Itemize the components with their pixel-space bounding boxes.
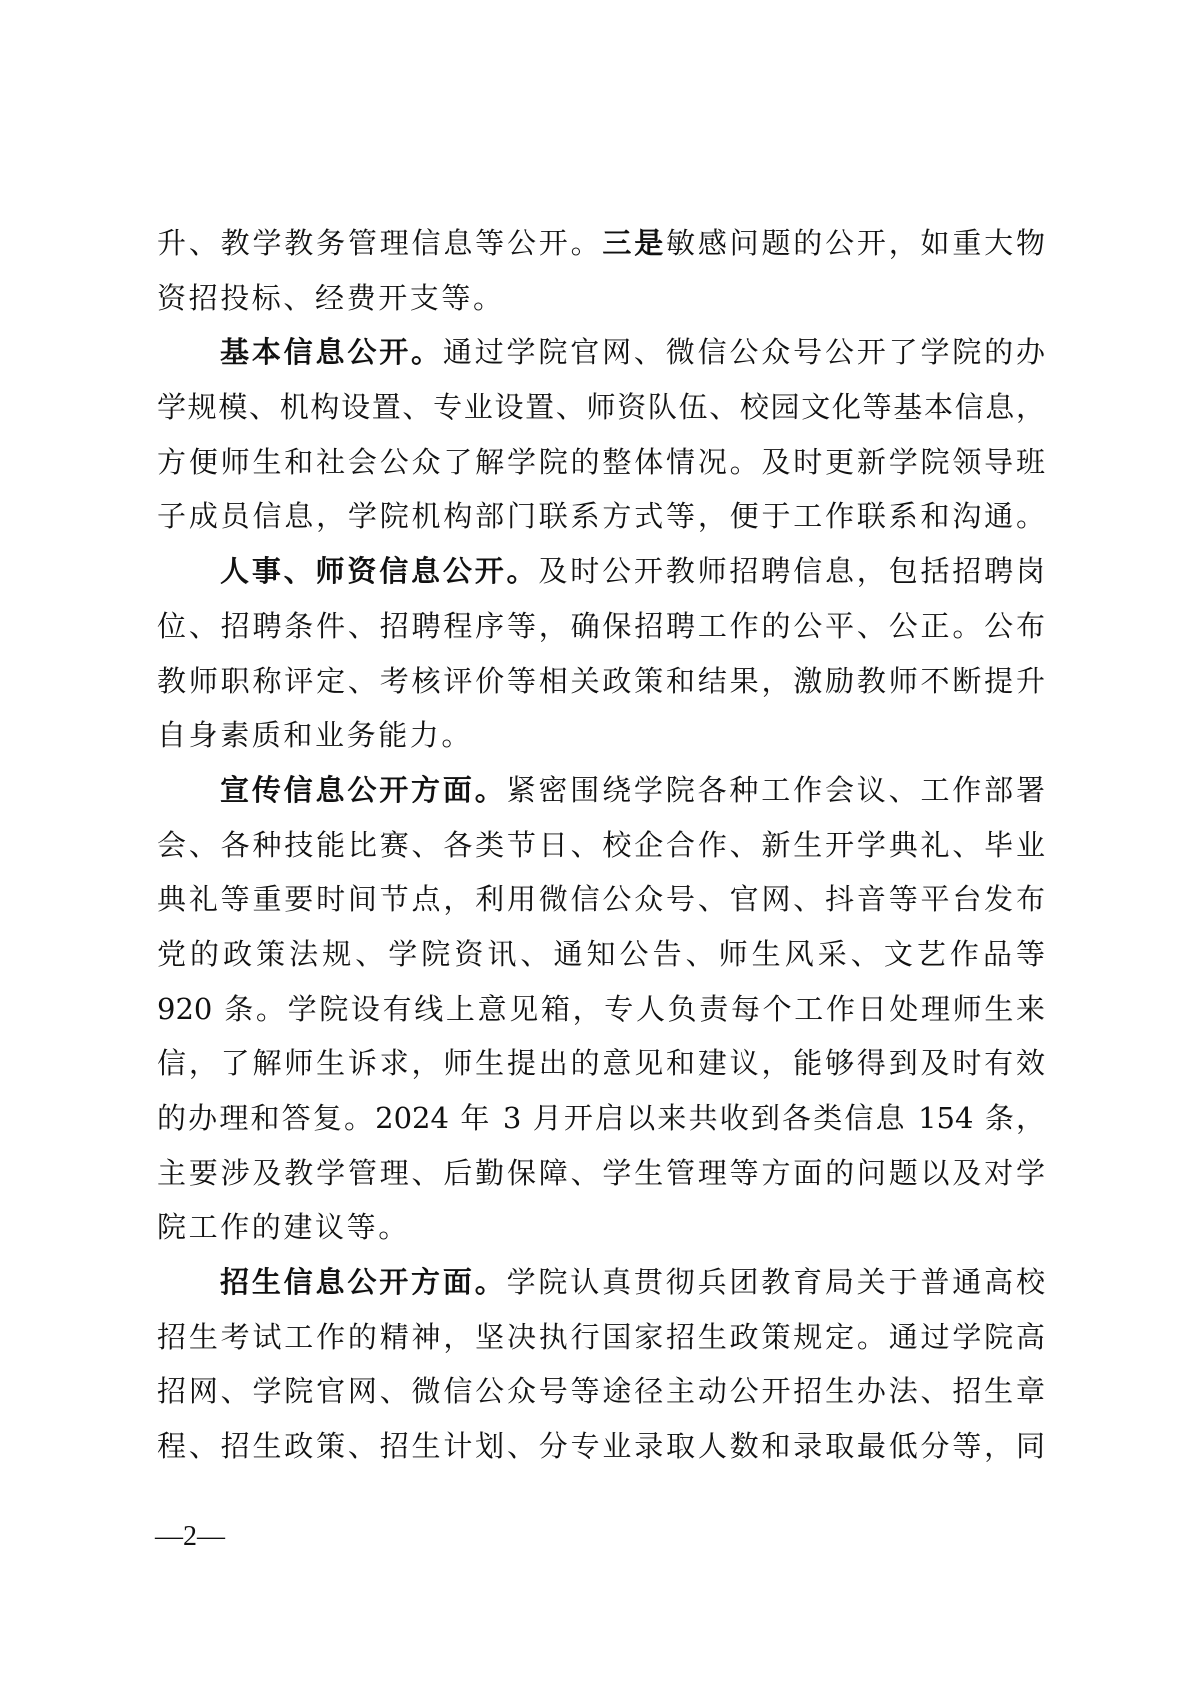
text-run: 位、招聘条件、招聘程序等，确保招聘工作的公平、公正。公布 — [157, 609, 1045, 643]
text-line: 人事、师资信息公开。及时公开教师招聘信息，包括招聘岗 — [157, 544, 1045, 599]
page-number: —2— — [155, 1520, 225, 1554]
text-line: 方便师生和社会公众了解学院的整体情况。及时更新学院领导班 — [157, 435, 1045, 490]
text-run: 教师职称评定、考核评价等相关政策和结果，激励教师不断提升 — [157, 664, 1045, 698]
text-run: 的办理和答复。2024 年 3 月开启以来共收到各类信息 154 条， — [157, 1101, 1045, 1135]
document-page: 升、教学教务管理信息等公开。三是敏感问题的公开，如重大物资招投标、经费开支等。基… — [0, 0, 1190, 1684]
text-run: 子成员信息，学院机构部门联系方式等，便于工作联系和沟通。 — [157, 499, 1045, 533]
text-line: 的办理和答复。2024 年 3 月开启以来共收到各类信息 154 条， — [157, 1091, 1045, 1146]
text-line: 招生考试工作的精神，坚决执行国家招生政策规定。通过学院高 — [157, 1310, 1045, 1365]
text-line: 宣传信息公开方面。紧密围绕学院各种工作会议、工作部署 — [157, 763, 1045, 818]
text-run: 920 条。学院设有线上意见箱，专人负责每个工作日处理师生来 — [157, 992, 1045, 1026]
text-line: 学规模、机构设置、专业设置、师资队伍、校园文化等基本信息， — [157, 380, 1045, 435]
text-run: 升、教学教务管理信息等公开。 — [157, 226, 602, 260]
text-line: 程、招生政策、招生计划、分专业录取人数和录取最低分等，同 — [157, 1419, 1045, 1474]
text-line: 教师职称评定、考核评价等相关政策和结果，激励教师不断提升 — [157, 654, 1045, 709]
text-run: 资招投标、经费开支等。 — [157, 281, 505, 315]
paragraph-heading: 宣传信息公开方面。 — [220, 773, 507, 807]
text-run: 通过学院官网、微信公众号公开了学院的办 — [443, 335, 1045, 369]
text-line: 招生信息公开方面。学院认真贯彻兵团教育局关于普通高校 — [157, 1255, 1045, 1310]
text-run: 典礼等重要时间节点，利用微信公众号、官网、抖音等平台发布 — [157, 882, 1045, 916]
text-line: 院工作的建议等。 — [157, 1200, 1045, 1255]
text-line: 子成员信息，学院机构部门联系方式等，便于工作联系和沟通。 — [157, 489, 1045, 544]
text-line: 会、各种技能比赛、各类节日、校企合作、新生开学典礼、毕业 — [157, 818, 1045, 873]
body-text: 升、教学教务管理信息等公开。三是敏感问题的公开，如重大物资招投标、经费开支等。基… — [157, 216, 1045, 1474]
text-run: 院工作的建议等。 — [157, 1210, 410, 1244]
paragraph-heading: 招生信息公开方面。 — [220, 1265, 507, 1299]
text-run: 党的政策法规、学院资讯、通知公告、师生风采、文艺作品等 — [157, 937, 1045, 971]
text-line: 典礼等重要时间节点，利用微信公众号、官网、抖音等平台发布 — [157, 872, 1045, 927]
text-run: 招网、学院官网、微信公众号等途径主动公开招生办法、招生章 — [157, 1374, 1045, 1408]
text-run: 会、各种技能比赛、各类节日、校企合作、新生开学典礼、毕业 — [157, 828, 1045, 862]
text-run: 招生考试工作的精神，坚决执行国家招生政策规定。通过学院高 — [157, 1320, 1045, 1354]
text-line: 920 条。学院设有线上意见箱，专人负责每个工作日处理师生来 — [157, 982, 1045, 1037]
paragraph-heading: 人事、师资信息公开。 — [220, 554, 538, 588]
text-run: 紧密围绕学院各种工作会议、工作部署 — [507, 773, 1045, 807]
text-run: 自身素质和业务能力。 — [157, 718, 473, 752]
text-run: 方便师生和社会公众了解学院的整体情况。及时更新学院领导班 — [157, 445, 1045, 479]
text-line: 升、教学教务管理信息等公开。三是敏感问题的公开，如重大物 — [157, 216, 1045, 271]
text-run: 及时公开教师招聘信息，包括招聘岗 — [538, 554, 1045, 588]
text-run: 程、招生政策、招生计划、分专业录取人数和录取最低分等，同 — [157, 1429, 1045, 1463]
paragraph-heading: 三是 — [602, 226, 666, 260]
text-run: 学院认真贯彻兵团教育局关于普通高校 — [507, 1265, 1045, 1299]
text-line: 自身素质和业务能力。 — [157, 708, 1045, 763]
paragraph-heading: 基本信息公开。 — [220, 335, 443, 369]
text-run: 学规模、机构设置、专业设置、师资队伍、校园文化等基本信息， — [157, 390, 1045, 424]
text-line: 基本信息公开。通过学院官网、微信公众号公开了学院的办 — [157, 325, 1045, 380]
text-line: 主要涉及教学管理、后勤保障、学生管理等方面的问题以及对学 — [157, 1146, 1045, 1201]
text-line: 党的政策法规、学院资讯、通知公告、师生风采、文艺作品等 — [157, 927, 1045, 982]
text-line: 资招投标、经费开支等。 — [157, 271, 1045, 326]
text-line: 信，了解师生诉求，师生提出的意见和建议，能够得到及时有效 — [157, 1036, 1045, 1091]
text-line: 位、招聘条件、招聘程序等，确保招聘工作的公平、公正。公布 — [157, 599, 1045, 654]
text-line: 招网、学院官网、微信公众号等途径主动公开招生办法、招生章 — [157, 1364, 1045, 1419]
text-run: 敏感问题的公开，如重大物 — [666, 226, 1045, 260]
text-run: 主要涉及教学管理、后勤保障、学生管理等方面的问题以及对学 — [157, 1156, 1045, 1190]
text-run: 信，了解师生诉求，师生提出的意见和建议，能够得到及时有效 — [157, 1046, 1045, 1080]
